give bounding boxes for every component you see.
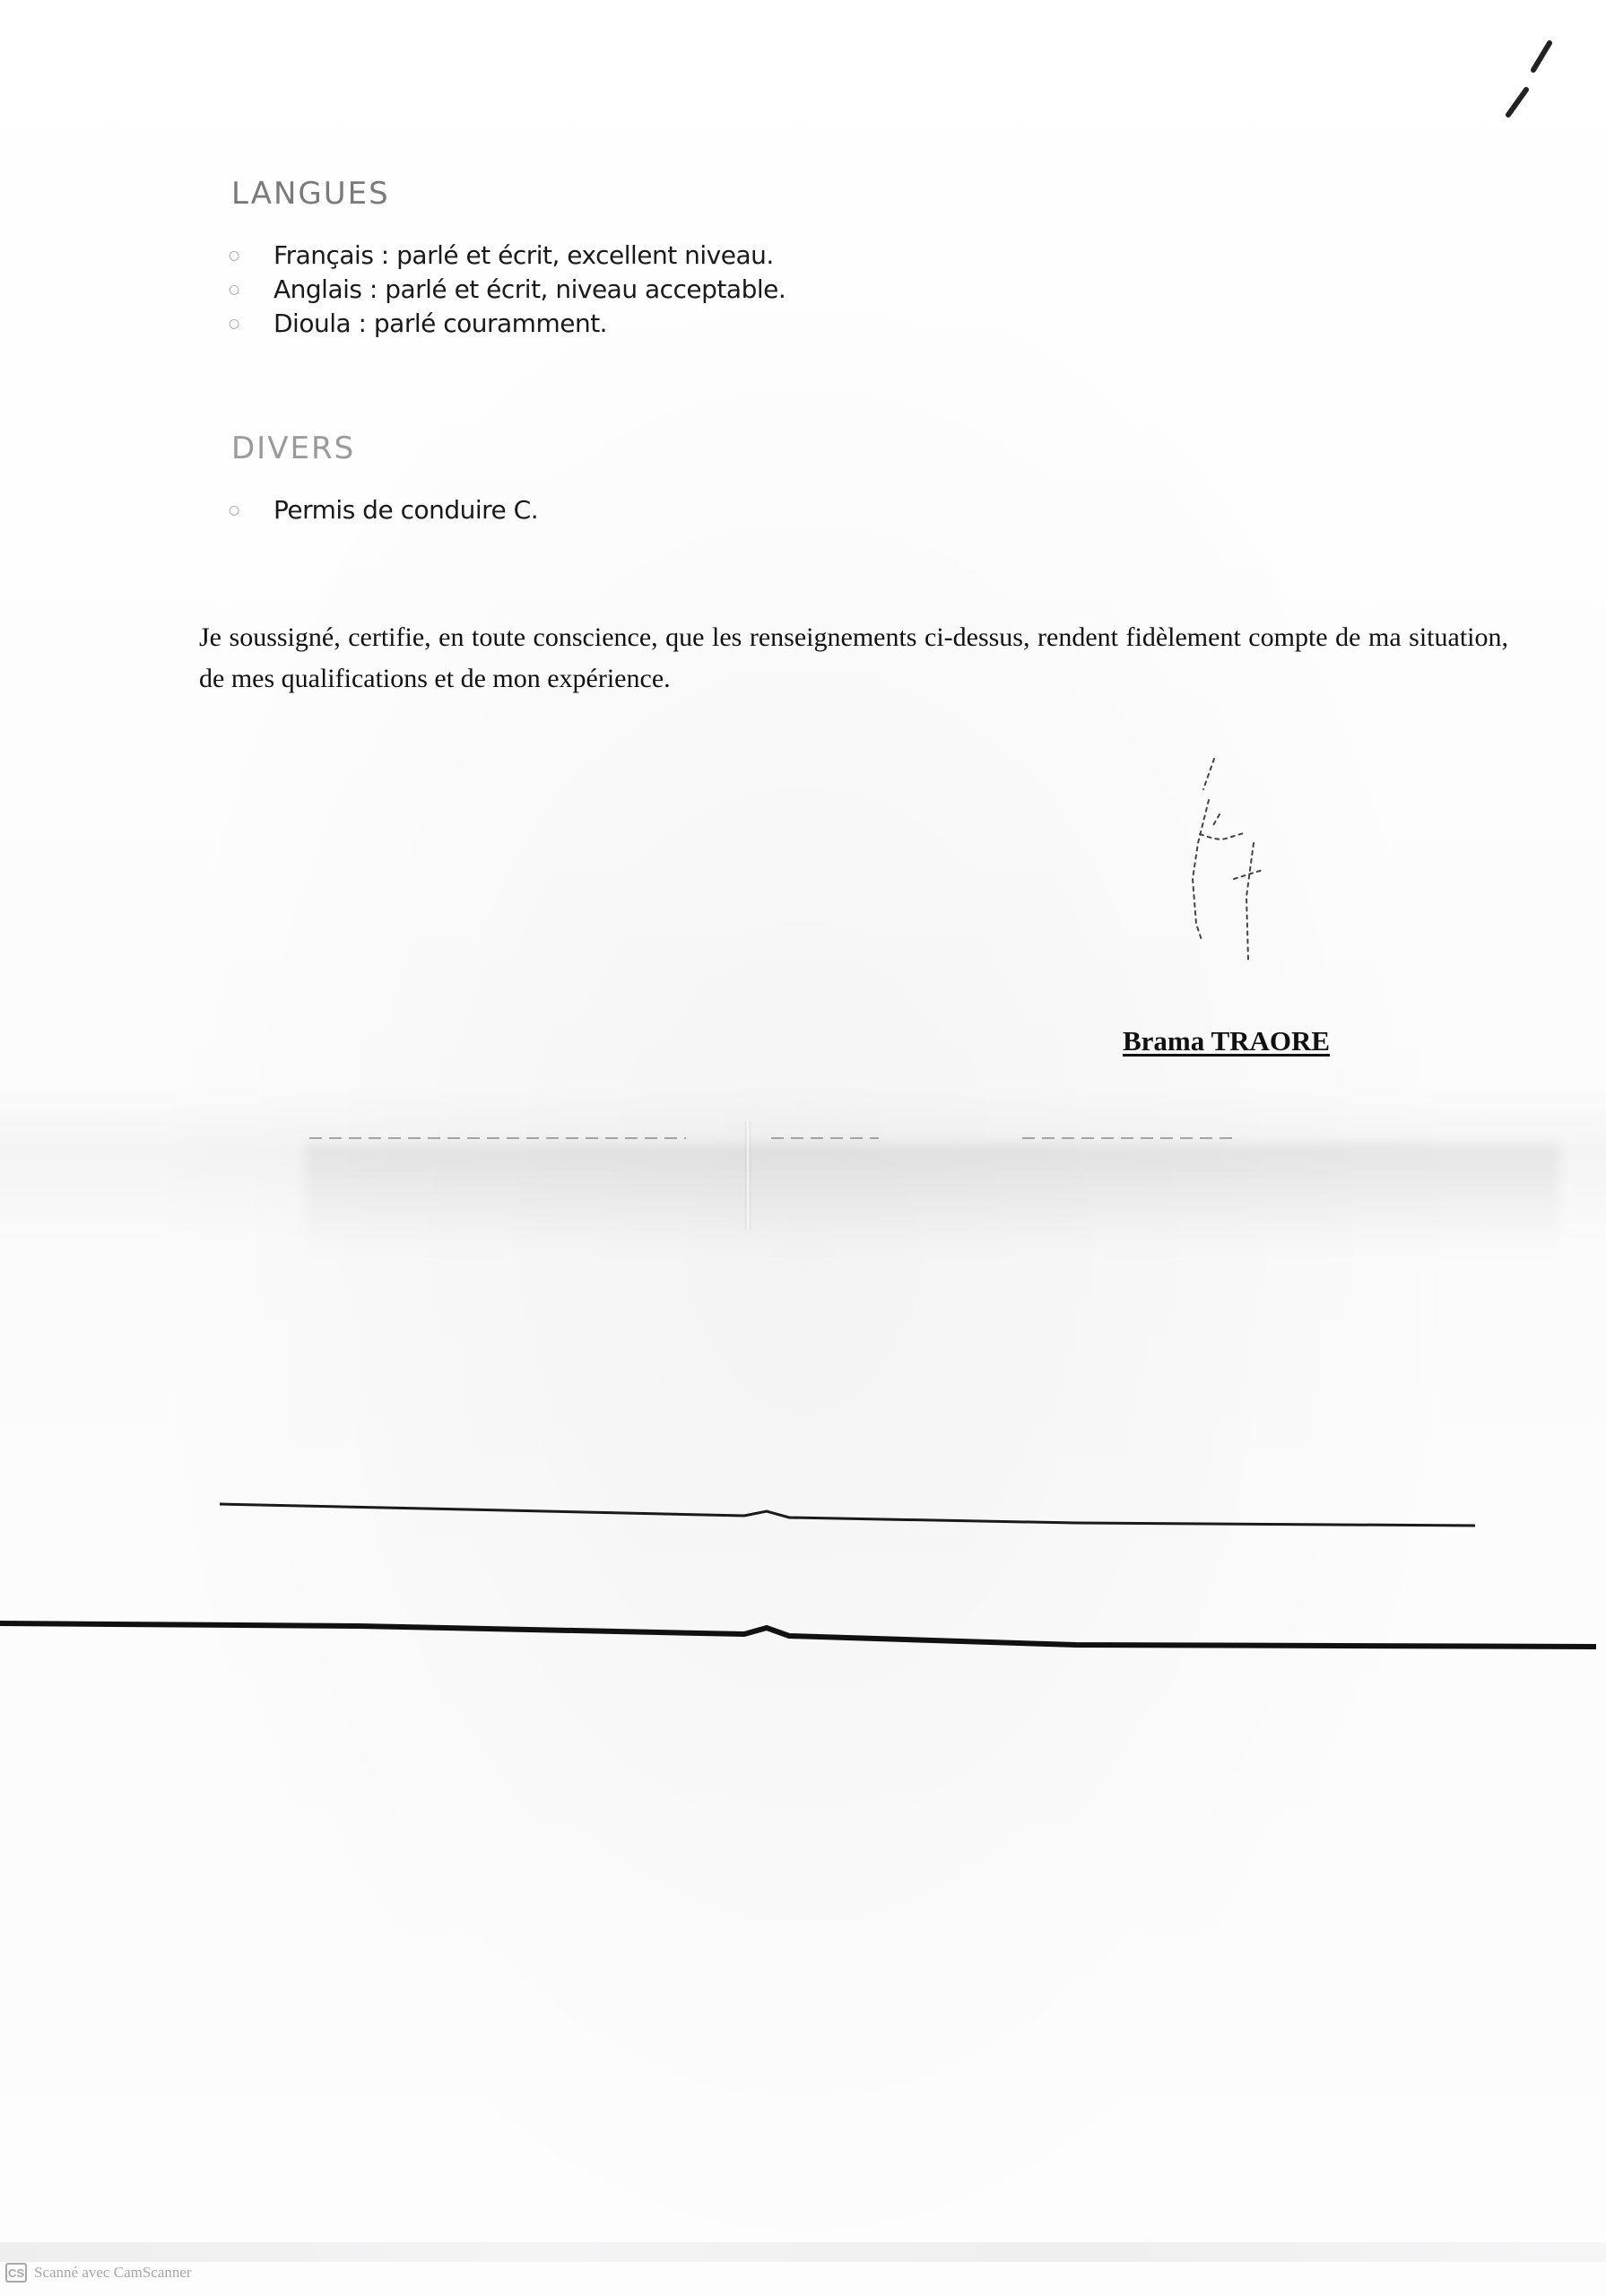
scanner-label: Scanné avec CamScanner <box>34 2264 192 2282</box>
horizontal-rules <box>0 0 1606 1794</box>
camscanner-watermark: CS Scanné avec CamScanner <box>5 2263 192 2283</box>
scan-edge <box>0 2242 1606 2262</box>
camscanner-logo-icon: CS <box>5 2263 27 2283</box>
